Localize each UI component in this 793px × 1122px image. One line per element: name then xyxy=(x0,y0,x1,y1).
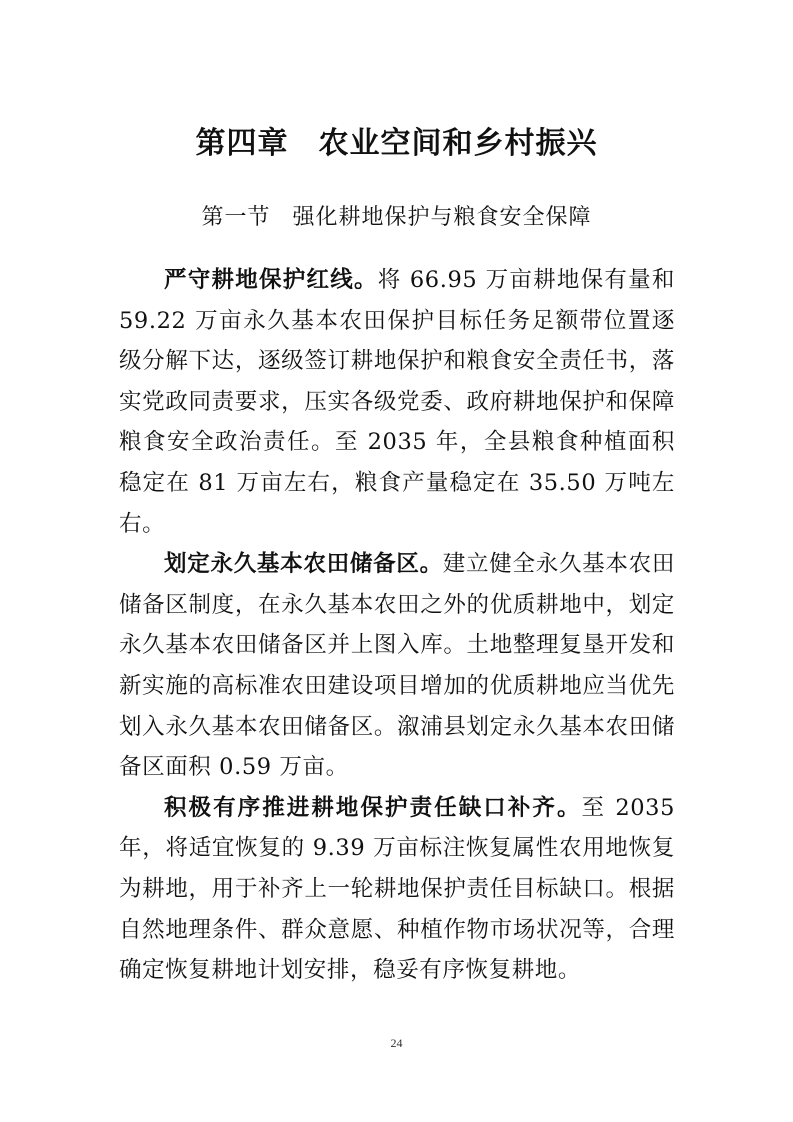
paragraph-lead: 积极有序推进耕地保护责任缺口补齐 xyxy=(164,795,557,821)
paragraph-text: 至 2035 年，将适宜恢复的 9.39 万亩标注恢复属性农用地恢复为耕地，用于… xyxy=(119,795,675,983)
section-number: 第一节 xyxy=(201,205,270,230)
section-name: 强化耕地保护与粮食安全保障 xyxy=(293,205,592,230)
document-page: 第四章农业空间和乡村振兴 第一节强化耕地保护与粮食安全保障 严守耕地保护红线。将… xyxy=(0,0,793,1122)
paragraph-text: 将 66.95 万亩耕地保有量和 59.22 万亩永久基本农田保护目标任务足额带… xyxy=(119,267,675,537)
paragraph-gap-filling: 积极有序推进耕地保护责任缺口补齐。至 2035 年，将适宜恢复的 9.39 万亩… xyxy=(119,788,675,991)
paragraph-text: 建立健全永久基本农田储备区制度，在永久基本农田之外的优质耕地中，划定永久基本农田… xyxy=(119,551,675,780)
paragraph-lead: 划定永久基本农田储备区 xyxy=(164,551,420,577)
paragraph-farmland-red-line: 严守耕地保护红线。将 66.95 万亩耕地保有量和 59.22 万亩永久基本农田… xyxy=(119,260,675,544)
paragraph-reserve-area: 划定永久基本农田储备区。建立健全永久基本农田储备区制度，在永久基本农田之外的优质… xyxy=(119,544,675,788)
section-title: 第一节强化耕地保护与粮食安全保障 xyxy=(0,200,793,231)
paragraph-lead-punct: 。 xyxy=(354,267,378,293)
body-text: 严守耕地保护红线。将 66.95 万亩耕地保有量和 59.22 万亩永久基本农田… xyxy=(119,260,675,991)
chapter-title: 第四章农业空间和乡村振兴 xyxy=(0,118,793,162)
chapter-name: 农业空间和乡村振兴 xyxy=(319,126,598,161)
paragraph-lead-punct: 。 xyxy=(557,795,582,821)
page-number: 24 xyxy=(0,1036,793,1051)
paragraph-lead-punct: 。 xyxy=(420,551,443,577)
paragraph-lead: 严守耕地保护红线 xyxy=(164,267,354,293)
chapter-number: 第四章 xyxy=(196,126,289,161)
